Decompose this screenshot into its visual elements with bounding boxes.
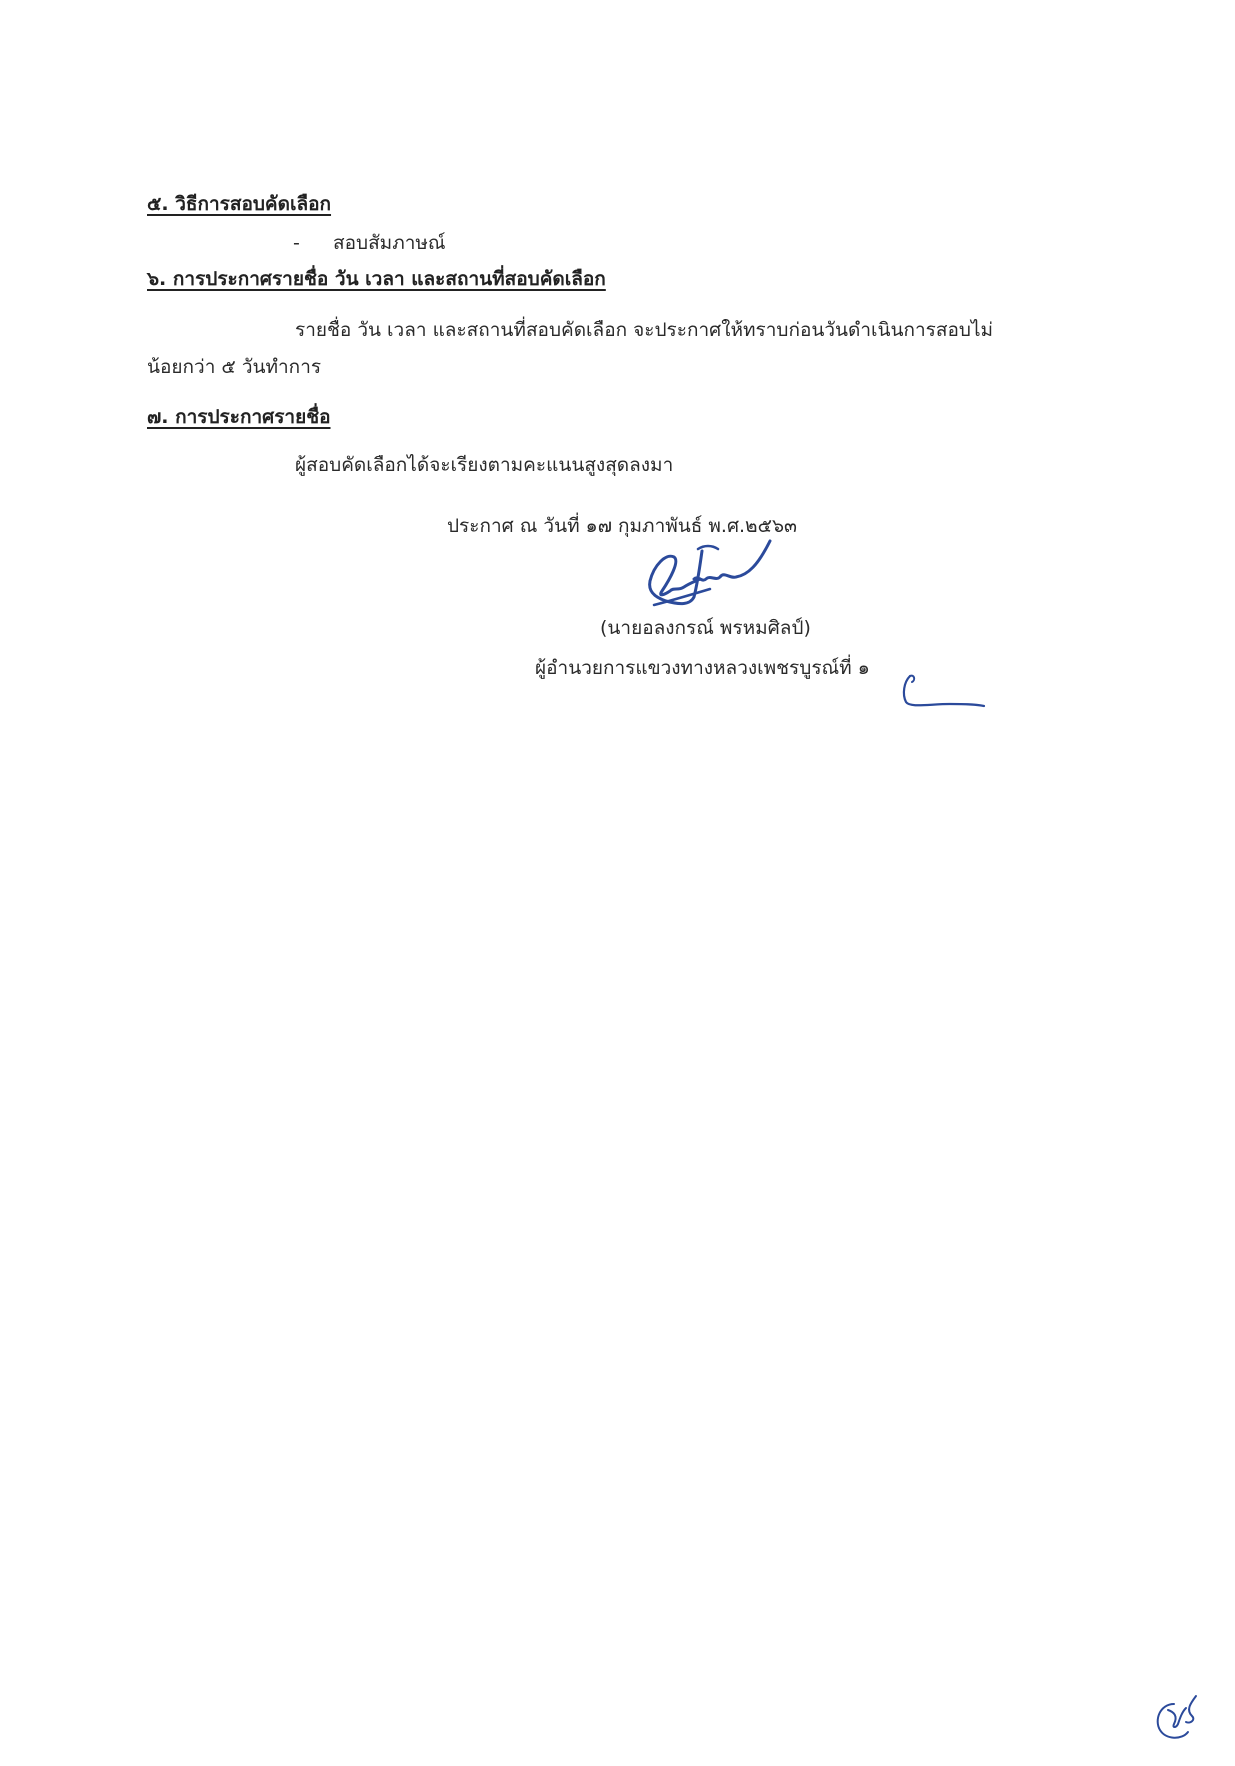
section-7-heading: ๗. การประกาศรายชื่อ (147, 404, 331, 430)
signatory-title: ผู้อำนวยการแขวงทางหลวงเพชรบูรณ์ที่ ๑ (535, 655, 870, 681)
signatory-name: (นายอลงกรณ์ พรหมศิลป์) (600, 615, 811, 641)
section-6-heading: ๖. การประกาศรายชื่อ วัน เวลา และสถานที่ส… (147, 266, 606, 292)
section-5-heading: ๕. วิธีการสอบคัดเลือก (147, 191, 331, 217)
handwritten-page-mark-icon (1150, 1690, 1210, 1750)
document-page: ๕. วิธีการสอบคัดเลือก - สอบสัมภาษณ์ ๖. ก… (0, 0, 1235, 1766)
initials-icon (900, 672, 990, 712)
section-5-item-interview: สอบสัมภาษณ์ (333, 230, 446, 256)
section-6-paragraph-line-1: รายชื่อ วัน เวลา และสถานที่สอบคัดเลือก จ… (295, 317, 993, 343)
section-7-paragraph: ผู้สอบคัดเลือกได้จะเรียงตามคะแนนสูงสุดลง… (295, 452, 673, 478)
section-6-paragraph-line-2: น้อยกว่า ๕ วันทำการ (147, 354, 321, 380)
signature-icon (640, 535, 780, 620)
bullet-dash: - (293, 230, 300, 256)
